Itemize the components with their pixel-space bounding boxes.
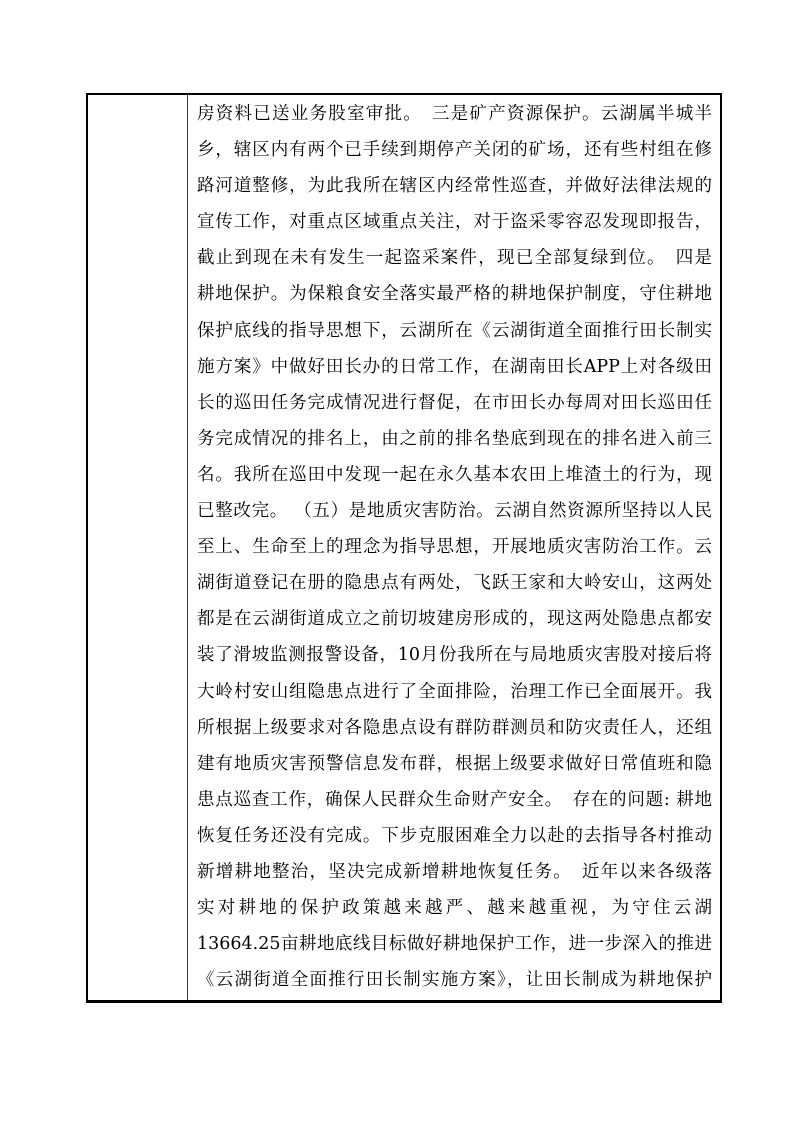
text-line: 湖街道登记在册的隐患点有两处，飞跃王家和大岭安山，这两处 — [197, 565, 712, 601]
text-line: 截止到现在未有发生一起盗采案件，现已全部复绿到位。 四是 — [197, 240, 712, 276]
document-page: 房资料已送业务股室审批。 三是矿产资源保护。云湖属半城半 乡，辖区内有两个已手续… — [0, 0, 794, 1122]
report-table: 房资料已送业务股室审批。 三是矿产资源保护。云湖属半城半 乡，辖区内有两个已手续… — [86, 93, 722, 1003]
table-content-cell: 房资料已送业务股室审批。 三是矿产资源保护。云湖属半城半 乡，辖区内有两个已手续… — [188, 95, 720, 1000]
text-line: 所根据上级要求对各隐患点设有群防群测员和防灾责任人，还组 — [197, 710, 712, 746]
text-line: 都是在云湖街道成立之前切坡建房形成的，现这两处隐患点都安 — [197, 601, 712, 637]
text-line: 至上、生命至上的理念为指导思想，开展地质灾害防治工作。云 — [197, 529, 712, 565]
text-line: 宣传工作，对重点区域重点关注，对于盗采零容忍发现即报告， — [197, 204, 712, 240]
text-line: 名。我所在巡田中发现一起在永久基本农田上堆渣土的行为，现 — [197, 457, 712, 493]
text-line: 已整改完。 （五）是地质灾害防治。云湖自然资源所坚持以人民 — [197, 493, 712, 529]
text-line: 《云湖街道全面推行田长制实施方案》，让田长制成为耕地保护 — [197, 962, 712, 998]
text-line: 恢复任务还没有完成。下步克服困难全力以赴的去指导各村推动 — [197, 818, 712, 854]
text-line: 房资料已送业务股室审批。 三是矿产资源保护。云湖属半城半 — [197, 96, 712, 132]
text-line: 路河道整修，为此我所在辖区内经常性巡查，并做好法律法规的 — [197, 168, 712, 204]
text-line: 13664.25亩耕地底线目标做好耕地保护工作，进一步深入的推进 — [197, 926, 712, 962]
text-line: 新增耕地整治，坚决完成新增耕地恢复任务。 近年以来各级落 — [197, 854, 712, 890]
text-line: 务完成情况的排名上，由之前的排名垫底到现在的排名进入前三 — [197, 421, 712, 457]
text-line: 大岭村安山组隐患点进行了全面排险，治理工作已全面展开。我 — [197, 674, 712, 710]
text-line: 保护底线的指导思想下，云湖所在《云湖街道全面推行田长制实 — [197, 313, 712, 349]
table-left-cell — [88, 95, 188, 1000]
text-line: 施方案》中做好田长办的日常工作，在湖南田长APP上对各级田 — [197, 349, 712, 385]
text-line: 装了滑坡监测报警设备，10月份我所在与局地质灾害股对接后将 — [197, 637, 712, 673]
text-line: 耕地保护。为保粮食安全落实最严格的耕地保护制度，守住耕地 — [197, 276, 712, 312]
text-line: 实对耕地的保护政策越来越严、越来越重视，为守住云湖 — [197, 890, 712, 926]
text-line: 长的巡田任务完成情况进行督促，在市田长办每周对田长巡田任 — [197, 385, 712, 421]
text-line: 患点巡查工作，确保人民群众生命财产安全。 存在的问题: 耕地 — [197, 782, 712, 818]
text-line: 建有地质灾害预警信息发布群，根据上级要求做好日常值班和隐 — [197, 746, 712, 782]
text-line: 乡，辖区内有两个已手续到期停产关闭的矿场，还有些村组在修 — [197, 132, 712, 168]
